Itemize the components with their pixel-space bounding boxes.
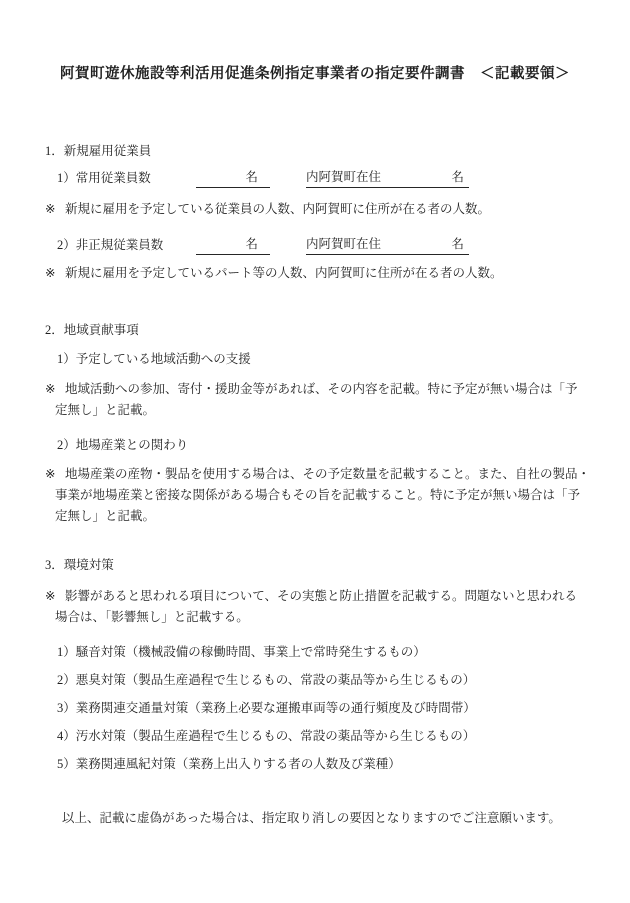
section-1-heading: 1．新規雇用従業員 — [45, 143, 151, 160]
unit-label: 名 — [245, 170, 258, 184]
env-item-wastewater: 4）汚水対策（製品生産過程で生じるもの、常設の薬品等から生じるもの） — [57, 728, 475, 745]
note-regular-employee: ※ 新規に雇用を予定している従業員の人数、内阿賀町に住所が在る者の人数。 — [0, 199, 630, 220]
note-text-line: 定無し」と記載。 — [0, 506, 630, 527]
note-community-activity: ※ 地域活動への参加、寄付・援助金等があれば、その内容を記載。特に予定が無い場合… — [0, 379, 630, 421]
unit-label: 名 — [451, 169, 464, 187]
nonregular-town-resident-blank: 内阿賀町在住名 — [306, 236, 469, 255]
section-2-item-local-industry: 2）地場産業との関わり — [57, 437, 188, 454]
env-item-odor: 2）悪臭対策（製品生産過程で生じるもの、常設の薬品等から生じるもの） — [57, 672, 475, 689]
nonregular-employee-row: 2）非正規従業員数 名 内阿賀町在住名 — [0, 237, 630, 255]
note-nonregular-employee: ※ 新規に雇用を予定しているパート等の人数、内阿賀町に住所が在る者の人数。 — [0, 263, 630, 284]
note-text-line: 地域活動への参加、寄付・援助金等があれば、その内容を記載。特に予定が無い場合は「… — [0, 379, 630, 400]
town-resident-label: 内阿賀町在住 — [306, 169, 381, 187]
note-text-line: 場合は、「影響無し」と記載する。 — [0, 607, 630, 628]
note-marker: ※ — [45, 464, 55, 485]
section-2-heading: 2．地域貢献事項 — [45, 322, 139, 339]
env-item-noise: 1）騒音対策（機械設備の稼働時間、事業上で常時発生するもの） — [57, 644, 426, 661]
nonregular-employee-count-blank: 名 — [196, 236, 270, 255]
regular-employee-count-blank: 名 — [196, 169, 270, 188]
note-marker: ※ — [45, 263, 55, 284]
note-marker: ※ — [45, 199, 55, 220]
section-3-heading: 3．環境対策 — [45, 557, 114, 574]
note-text-line: 事業が地場産業と密接な関係がある場合もその旨を記載すること。特に予定が無い場合は… — [0, 485, 630, 506]
regular-employee-label: 1）常用従業員数 — [57, 170, 151, 187]
note-text-line: 地場産業の産物・製品を使用する場合は、その予定数量を記載すること。また、自社の製… — [0, 464, 630, 485]
unit-label: 名 — [245, 237, 258, 251]
env-item-public-morals: 5）業務関連風紀対策（業務上出入りする者の人数及び業種） — [57, 756, 401, 773]
town-resident-label: 内阿賀町在住 — [306, 236, 381, 254]
regular-town-resident-blank: 内阿賀町在住名 — [306, 169, 469, 188]
note-text: 新規に雇用を予定しているパート等の人数、内阿賀町に住所が在る者の人数。 — [0, 263, 630, 284]
document-title: 阿賀町遊休施設等利活用促進条例指定事業者の指定要件調書 ＜記載要領＞ — [0, 62, 630, 83]
closing-warning: 以上、記載に虚偽があった場合は、指定取り消しの要因となりますのでご注意願います。 — [62, 810, 561, 827]
note-environment: ※ 影響があると思われる項目について、その実態と防止措置を記載する。問題ないと思… — [0, 586, 630, 628]
nonregular-employee-label: 2）非正規従業員数 — [57, 237, 163, 254]
note-local-industry: ※ 地場産業の産物・製品を使用する場合は、その予定数量を記載すること。また、自社… — [0, 464, 630, 527]
note-text-line: 定無し」と記載。 — [0, 400, 630, 421]
document-page: 阿賀町遊休施設等利活用促進条例指定事業者の指定要件調書 ＜記載要領＞ 1．新規雇… — [0, 0, 630, 903]
note-text-line: 影響があると思われる項目について、その実態と防止措置を記載する。問題ないと思われ… — [0, 586, 630, 607]
note-marker: ※ — [45, 586, 55, 607]
note-marker: ※ — [45, 379, 55, 400]
unit-label: 名 — [451, 236, 464, 254]
note-text: 新規に雇用を予定している従業員の人数、内阿賀町に住所が在る者の人数。 — [0, 199, 630, 220]
section-2-item-community-support: 1）予定している地域活動への支援 — [57, 351, 251, 368]
env-item-traffic: 3）業務関連交通量対策（業務上必要な運搬車両等の通行頻度及び時間帯） — [57, 700, 476, 717]
regular-employee-row: 1）常用従業員数 名 内阿賀町在住名 — [0, 170, 630, 188]
